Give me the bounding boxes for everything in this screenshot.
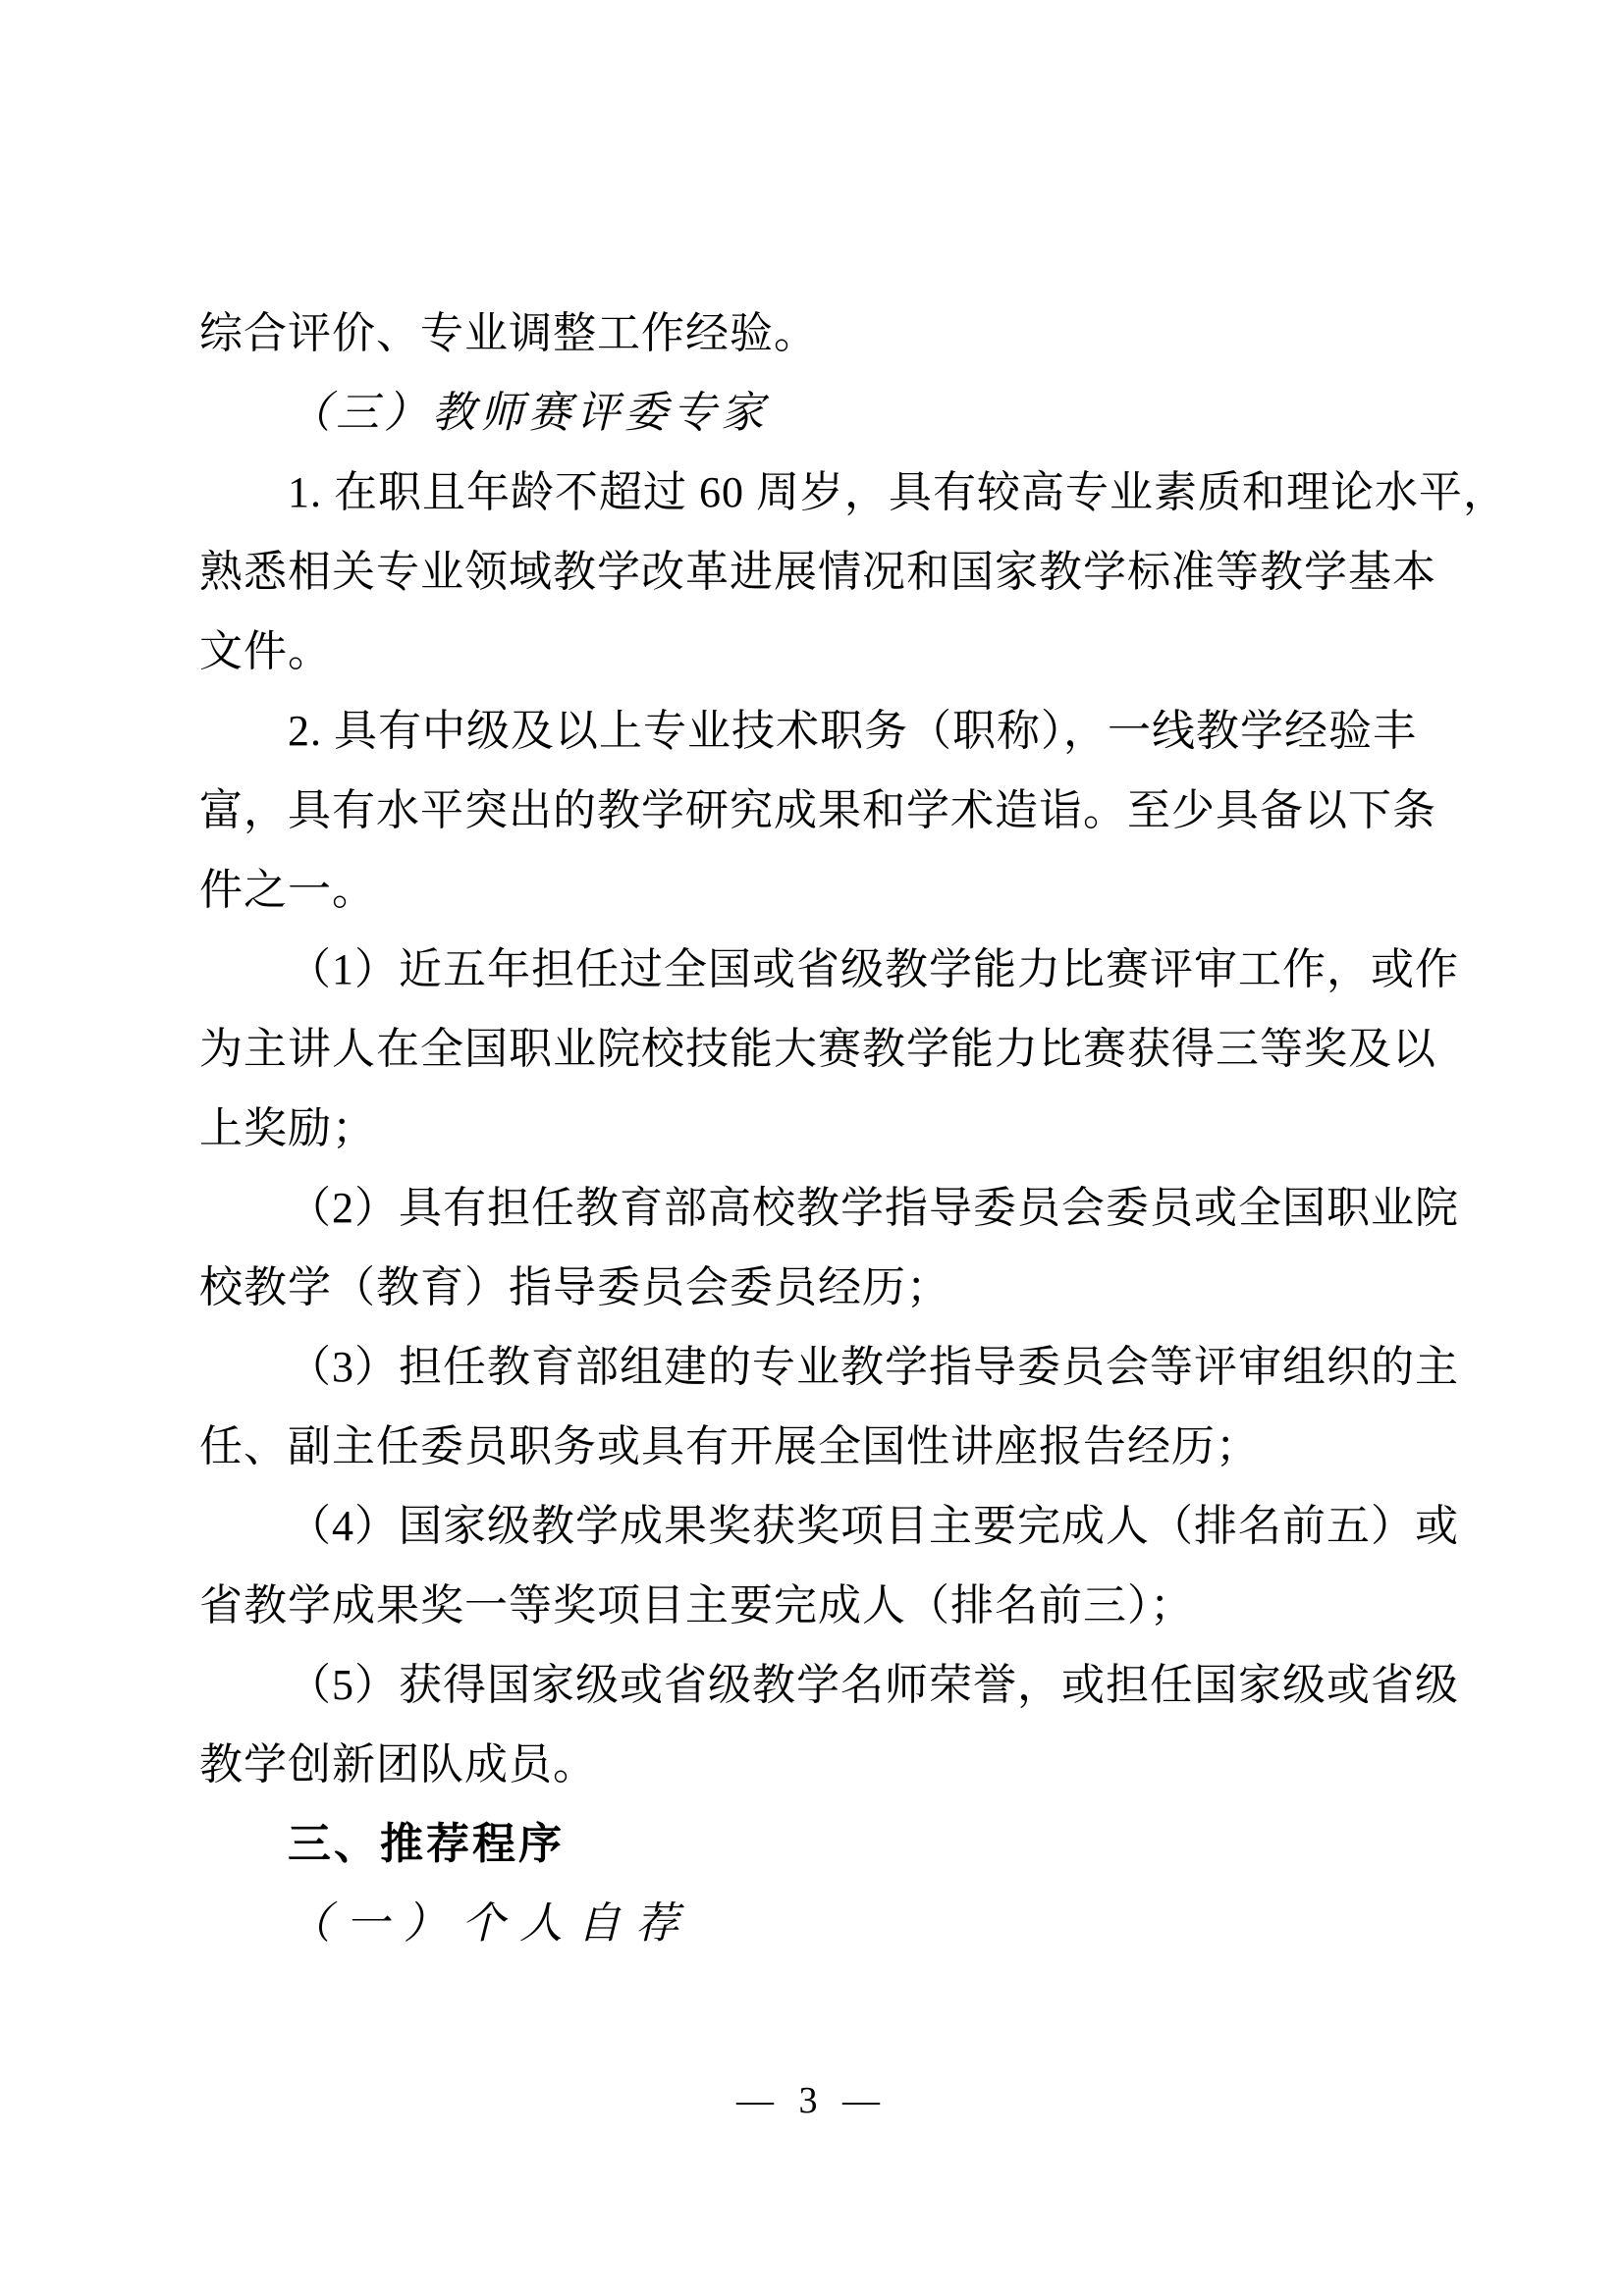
doc-line: （5）获得国家级或省级教学名师荣誉，或担任国家级或省级 (199, 1645, 1456, 1725)
subsection-heading-self-recommendation: （一）个人自荐 (199, 1884, 1456, 1963)
doc-line: （2）具有担任教育部高校教学指导委员会委员或全国职业院 (199, 1168, 1456, 1248)
page-number: — 3 — (736, 2080, 888, 2121)
doc-line: 教学创新团队成员。 (199, 1725, 1456, 1804)
subsection-heading-judge-experts: （三）教师赛评委专家 (199, 373, 1456, 453)
doc-line: 文件。 (199, 612, 1456, 691)
doc-line: 为主讲人在全国职业院校技能大赛教学能力比赛获得三等奖及以 (199, 1009, 1456, 1089)
doc-line: 富，具有水平突出的教学研究成果和学术造诣。至少具备以下条 (199, 771, 1456, 850)
doc-line: 1. 在职且年龄不超过 60 周岁，具有较高专业素质和理论水平， (199, 453, 1456, 532)
doc-line: （1）近五年担任过全国或省级教学能力比赛评审工作，或作 (199, 930, 1456, 1009)
doc-line: 任、副主任委员职务或具有开展全国性讲座报告经历； (199, 1407, 1456, 1486)
doc-line: 上奖励； (199, 1089, 1456, 1168)
doc-line: （3）担任教育部组建的专业教学指导委员会等评审组织的主 (199, 1327, 1456, 1407)
section-heading-recommendation-procedure: 三、推荐程序 (199, 1804, 1456, 1884)
doc-line: 件之一。 (199, 850, 1456, 930)
document-body: 综合评价、专业调整工作经验。 （三）教师赛评委专家 1. 在职且年龄不超过 60… (199, 294, 1456, 1963)
doc-line: 2. 具有中级及以上专业技术职务（职称），一线教学经验丰 (199, 691, 1456, 771)
doc-line: 熟悉相关专业领域教学改革进展情况和国家教学标准等教学基本 (199, 532, 1456, 612)
document-page: 综合评价、专业调整工作经验。 （三）教师赛评委专家 1. 在职且年龄不超过 60… (0, 0, 1624, 2296)
doc-line: （4）国家级教学成果奖获奖项目主要完成人（排名前五）或 (199, 1486, 1456, 1566)
doc-line: 省教学成果奖一等奖项目主要完成人（排名前三）； (199, 1566, 1456, 1645)
page-footer: — 3 — (0, 2079, 1624, 2122)
doc-line: 综合评价、专业调整工作经验。 (199, 294, 1456, 373)
doc-line: 校教学（教育）指导委员会委员经历； (199, 1248, 1456, 1327)
